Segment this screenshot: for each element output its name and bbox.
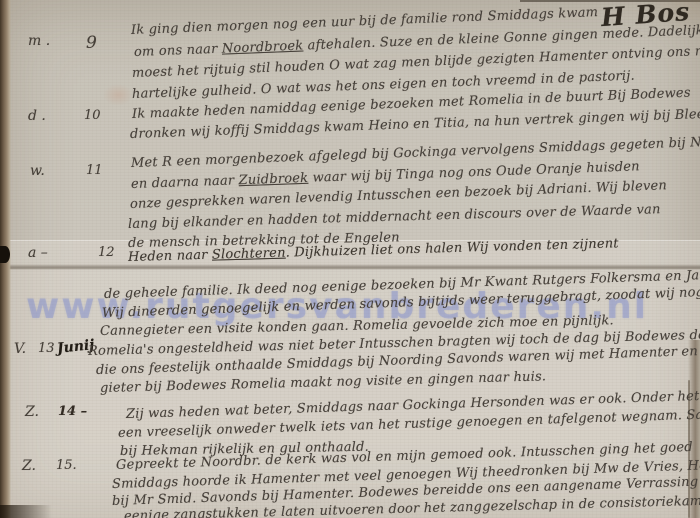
day-letter: m . bbox=[28, 33, 50, 49]
ink-blot-left-edge bbox=[0, 246, 10, 263]
day-letter: w. bbox=[30, 163, 45, 179]
day-letter: V. bbox=[14, 341, 26, 357]
day-letter: d . bbox=[28, 108, 46, 124]
day-number: 14 – bbox=[58, 404, 87, 419]
day-letter: Z. bbox=[22, 458, 36, 474]
day-number: 15. bbox=[56, 458, 77, 473]
day-letter: Z. bbox=[25, 404, 39, 420]
day-letter: a – bbox=[28, 245, 48, 261]
day-number: 11 bbox=[86, 163, 103, 178]
manuscript-text: Heden naar bbox=[128, 248, 212, 265]
day-number: 12 bbox=[98, 245, 115, 260]
diary-page-scan: www.rutgersvanbrederen.nl H Bos m .9d .1… bbox=[0, 0, 700, 518]
underlined-place-name: Slochteren bbox=[212, 246, 286, 263]
manuscript-text: om ons naar bbox=[134, 42, 222, 60]
day-number: 13 bbox=[38, 341, 55, 356]
day-number: 9 bbox=[86, 33, 97, 53]
underlined-place-name: Zuidbroek bbox=[238, 171, 308, 188]
day-number: 10 bbox=[84, 108, 101, 123]
underlined-place-name: Noordbroek bbox=[222, 39, 304, 57]
paper-stain bbox=[103, 84, 133, 106]
dark-corner-bottom-left bbox=[0, 505, 52, 518]
manuscript-text: en daarna naar bbox=[131, 173, 239, 192]
